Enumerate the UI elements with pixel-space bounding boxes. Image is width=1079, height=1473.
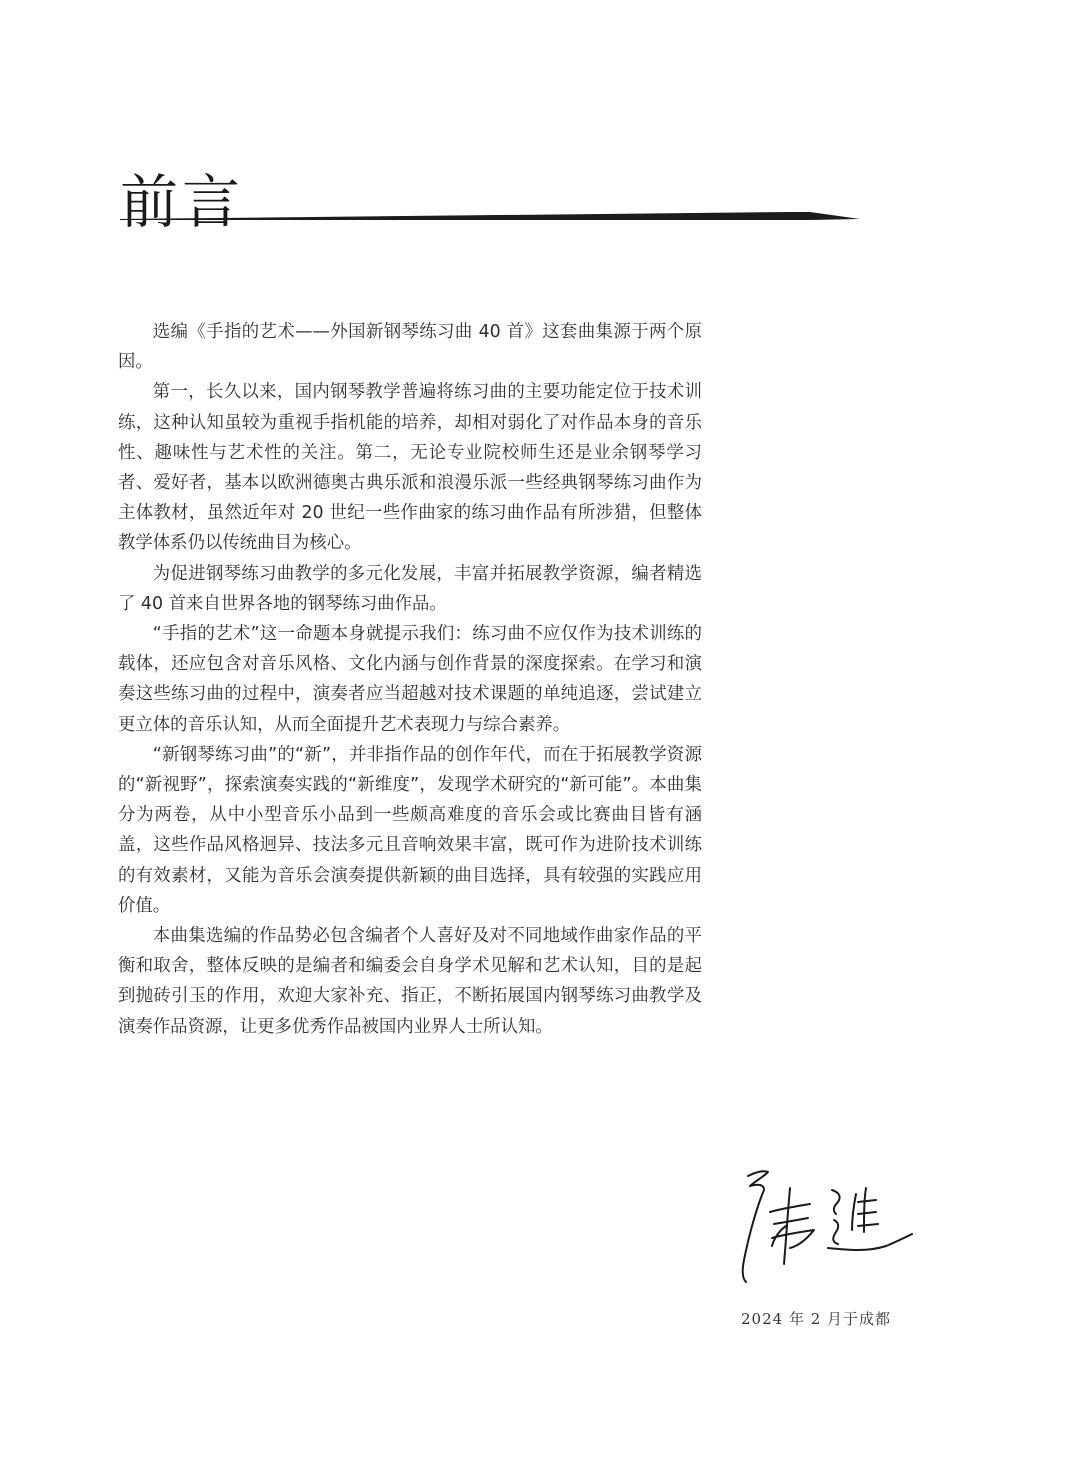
date-line: 2024 年 2 月于成都 xyxy=(741,1308,891,1329)
paragraph: 为促进钢琴练习曲教学的多元化发展，丰富并拓展教学资源，编者精选了 40 首来自世… xyxy=(118,559,702,619)
paragraph: 第一，长久以来，国内钢琴教学普遍将练习曲的主要功能定位于技术训练，这种认知虽较为… xyxy=(118,377,702,558)
paragraph: “新钢琴练习曲”的“新”，并非指作品的创作年代，而在于拓展教学资源的“新视野”，… xyxy=(118,740,702,921)
title-underline-rule xyxy=(120,208,860,222)
page-title: 前言 xyxy=(120,167,244,237)
signature-icon xyxy=(728,1160,918,1300)
preface-body: 选编《手指的艺术——外国新钢琴练习曲 40 首》这套曲集源于两个原因。 第一，长… xyxy=(118,317,702,1042)
paragraph: 选编《手指的艺术——外国新钢琴练习曲 40 首》这套曲集源于两个原因。 xyxy=(118,317,702,377)
paragraph: 本曲集选编的作品势必包含编者个人喜好及对不同地域作曲家作品的平衡和取舍，整体反映… xyxy=(118,921,702,1042)
paragraph: “手指的艺术”这一命题本身就提示我们：练习曲不应仅作为技术训练的载体，还应包含对… xyxy=(118,619,702,740)
